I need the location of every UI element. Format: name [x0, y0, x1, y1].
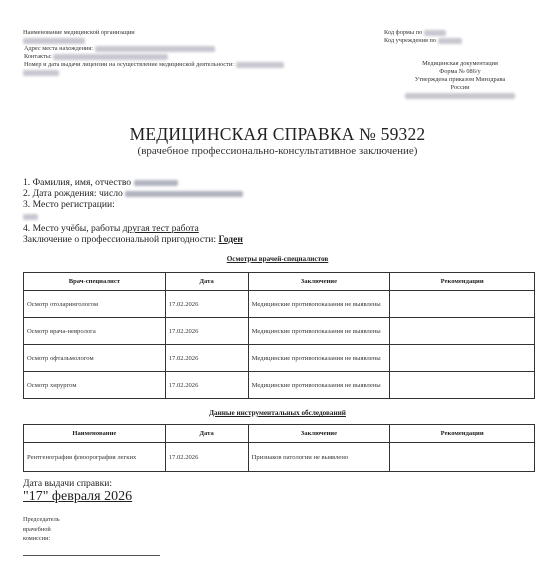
cell-recommendations: [390, 372, 535, 399]
license-row: Номер и дата выдачи лицензии на осуществ…: [23, 61, 284, 69]
col-header-recommendations: Рекомендации: [390, 273, 535, 291]
license-label: Номер и дата выдачи лицензии на осуществ…: [24, 61, 234, 68]
work-label: 4. Место учёбы, работы: [23, 223, 120, 234]
col-header-conclusion: Заключение: [248, 273, 390, 291]
conclusion-row: Заключение о профессиональной пригодност…: [23, 234, 243, 245]
cell-conclusion: Медицинские противопоказания не выявлены: [248, 345, 390, 372]
form-code-label: Код формы по: [384, 29, 422, 36]
org-name-label: Наименование медицинской организации: [23, 29, 284, 37]
birth-row: 2. Дата рождения: число: [23, 188, 243, 199]
issue-date-label: Дата выдачи справки:: [23, 478, 112, 489]
table-row: Осмотр врача-невролога17.02.2026Медицинс…: [24, 318, 535, 345]
doc-line: Медицинская документация: [390, 60, 530, 68]
cell-name: Осмотр отоларингологом: [24, 291, 166, 318]
institution-code-row: Код учреждения по: [384, 37, 462, 45]
fio-label: 1. Фамилия, имя, отчество: [23, 177, 131, 188]
address-label: Адрес места нахождения:: [24, 45, 93, 52]
registration-redacted: [23, 211, 38, 222]
instrumental-table: Наименование Дата Заключение Рекомендаци…: [23, 424, 535, 472]
doc-line: Утверждена приказом Минздрава: [390, 76, 530, 84]
org-name-redacted: [23, 37, 284, 45]
institution-code-redacted: [438, 38, 462, 44]
birth-label: 2. Дата рождения: число: [23, 188, 123, 199]
contacts-redacted: [53, 54, 168, 60]
col-header-name: Наименование: [24, 425, 166, 443]
table-header-row: Врач-специалист Дата Заключение Рекоменд…: [24, 273, 535, 291]
cell-recommendations: [390, 345, 535, 372]
fio-row: 1. Фамилия, имя, отчество: [23, 177, 178, 188]
table-row: Осмотр хирургом17.02.2026Медицинские про…: [24, 372, 535, 399]
form-approval-block: Медицинская документация Форма № 086/у У…: [390, 60, 530, 100]
doc-line: России: [390, 84, 530, 92]
page-subtitle: (врачебное профессионально-консультативн…: [0, 145, 555, 157]
col-header-recommendations: Рекомендации: [390, 425, 535, 443]
org-header: Наименование медицинской организации Адр…: [23, 29, 284, 77]
conclusion-value: Годен: [219, 234, 243, 245]
signature-block: Председатель врачебной комиссии:: [23, 515, 60, 544]
instrumental-heading: Данные инструментальных обследований: [0, 409, 555, 417]
contacts-label: Контакты:: [24, 53, 52, 60]
table-row: Рентгенография флюорография легких17.02.…: [24, 443, 535, 472]
work-value: другая тест работа: [123, 223, 199, 234]
col-header-conclusion: Заключение: [248, 425, 390, 443]
address-redacted: [95, 46, 215, 52]
cell-date: 17.02.2026: [165, 443, 248, 472]
form-code-redacted: [424, 30, 446, 36]
cell-date: 17.02.2026: [165, 345, 248, 372]
registration-label: 3. Место регистрации:: [23, 199, 115, 210]
cell-recommendations: [390, 291, 535, 318]
cell-conclusion: Медицинские противопоказания не выявлены: [248, 291, 390, 318]
cell-date: 17.02.2026: [165, 291, 248, 318]
order-date-redacted: [390, 92, 530, 100]
doc-line: Форма № 086/у: [390, 68, 530, 76]
specialists-table: Врач-специалист Дата Заключение Рекоменд…: [23, 272, 535, 399]
cell-name: Осмотр офтальмологом: [24, 345, 166, 372]
signature-line: комиссии:: [23, 534, 60, 544]
cell-date: 17.02.2026: [165, 372, 248, 399]
specialists-heading: Осмотры врачей-специалистов: [0, 255, 555, 263]
form-code-row: Код формы по: [384, 29, 462, 37]
cell-date: 17.02.2026: [165, 318, 248, 345]
table-header-row: Наименование Дата Заключение Рекомендаци…: [24, 425, 535, 443]
table-row: Осмотр офтальмологом17.02.2026Медицински…: [24, 345, 535, 372]
fio-redacted: [134, 180, 178, 186]
cell-conclusion: Признаков патологии не выявлено: [248, 443, 390, 472]
signature-line: врачебной: [23, 525, 60, 535]
col-header-date: Дата: [165, 425, 248, 443]
cell-recommendations: [390, 318, 535, 345]
form-codes: Код формы по Код учреждения по: [384, 29, 462, 45]
license-date-redacted: [23, 69, 284, 77]
contacts-row: Контакты:: [23, 53, 284, 61]
page-title: МЕДИЦИНСКАЯ СПРАВКА № 59322: [0, 124, 555, 145]
cell-name: Рентгенография флюорография легких: [24, 443, 166, 472]
issue-date-value: "17" февраля 2026: [23, 489, 132, 505]
col-header-specialist: Врач-специалист: [24, 273, 166, 291]
cell-recommendations: [390, 443, 535, 472]
signature-underline: [23, 555, 160, 556]
col-header-date: Дата: [165, 273, 248, 291]
cell-conclusion: Медицинские противопоказания не выявлены: [248, 318, 390, 345]
cell-name: Осмотр врача-невролога: [24, 318, 166, 345]
table-row: Осмотр отоларингологом17.02.2026Медицинс…: [24, 291, 535, 318]
address-row: Адрес места нахождения:: [23, 45, 284, 53]
institution-code-label: Код учреждения по: [384, 37, 436, 44]
license-redacted: [236, 62, 284, 68]
cell-name: Осмотр хирургом: [24, 372, 166, 399]
birth-redacted: [125, 191, 243, 197]
signature-line: Председатель: [23, 515, 60, 525]
work-row: 4. Место учёбы, работы другая тест работ…: [23, 223, 199, 234]
cell-conclusion: Медицинские противопоказания не выявлены: [248, 372, 390, 399]
conclusion-label: Заключение о профессиональной пригодност…: [23, 234, 216, 245]
